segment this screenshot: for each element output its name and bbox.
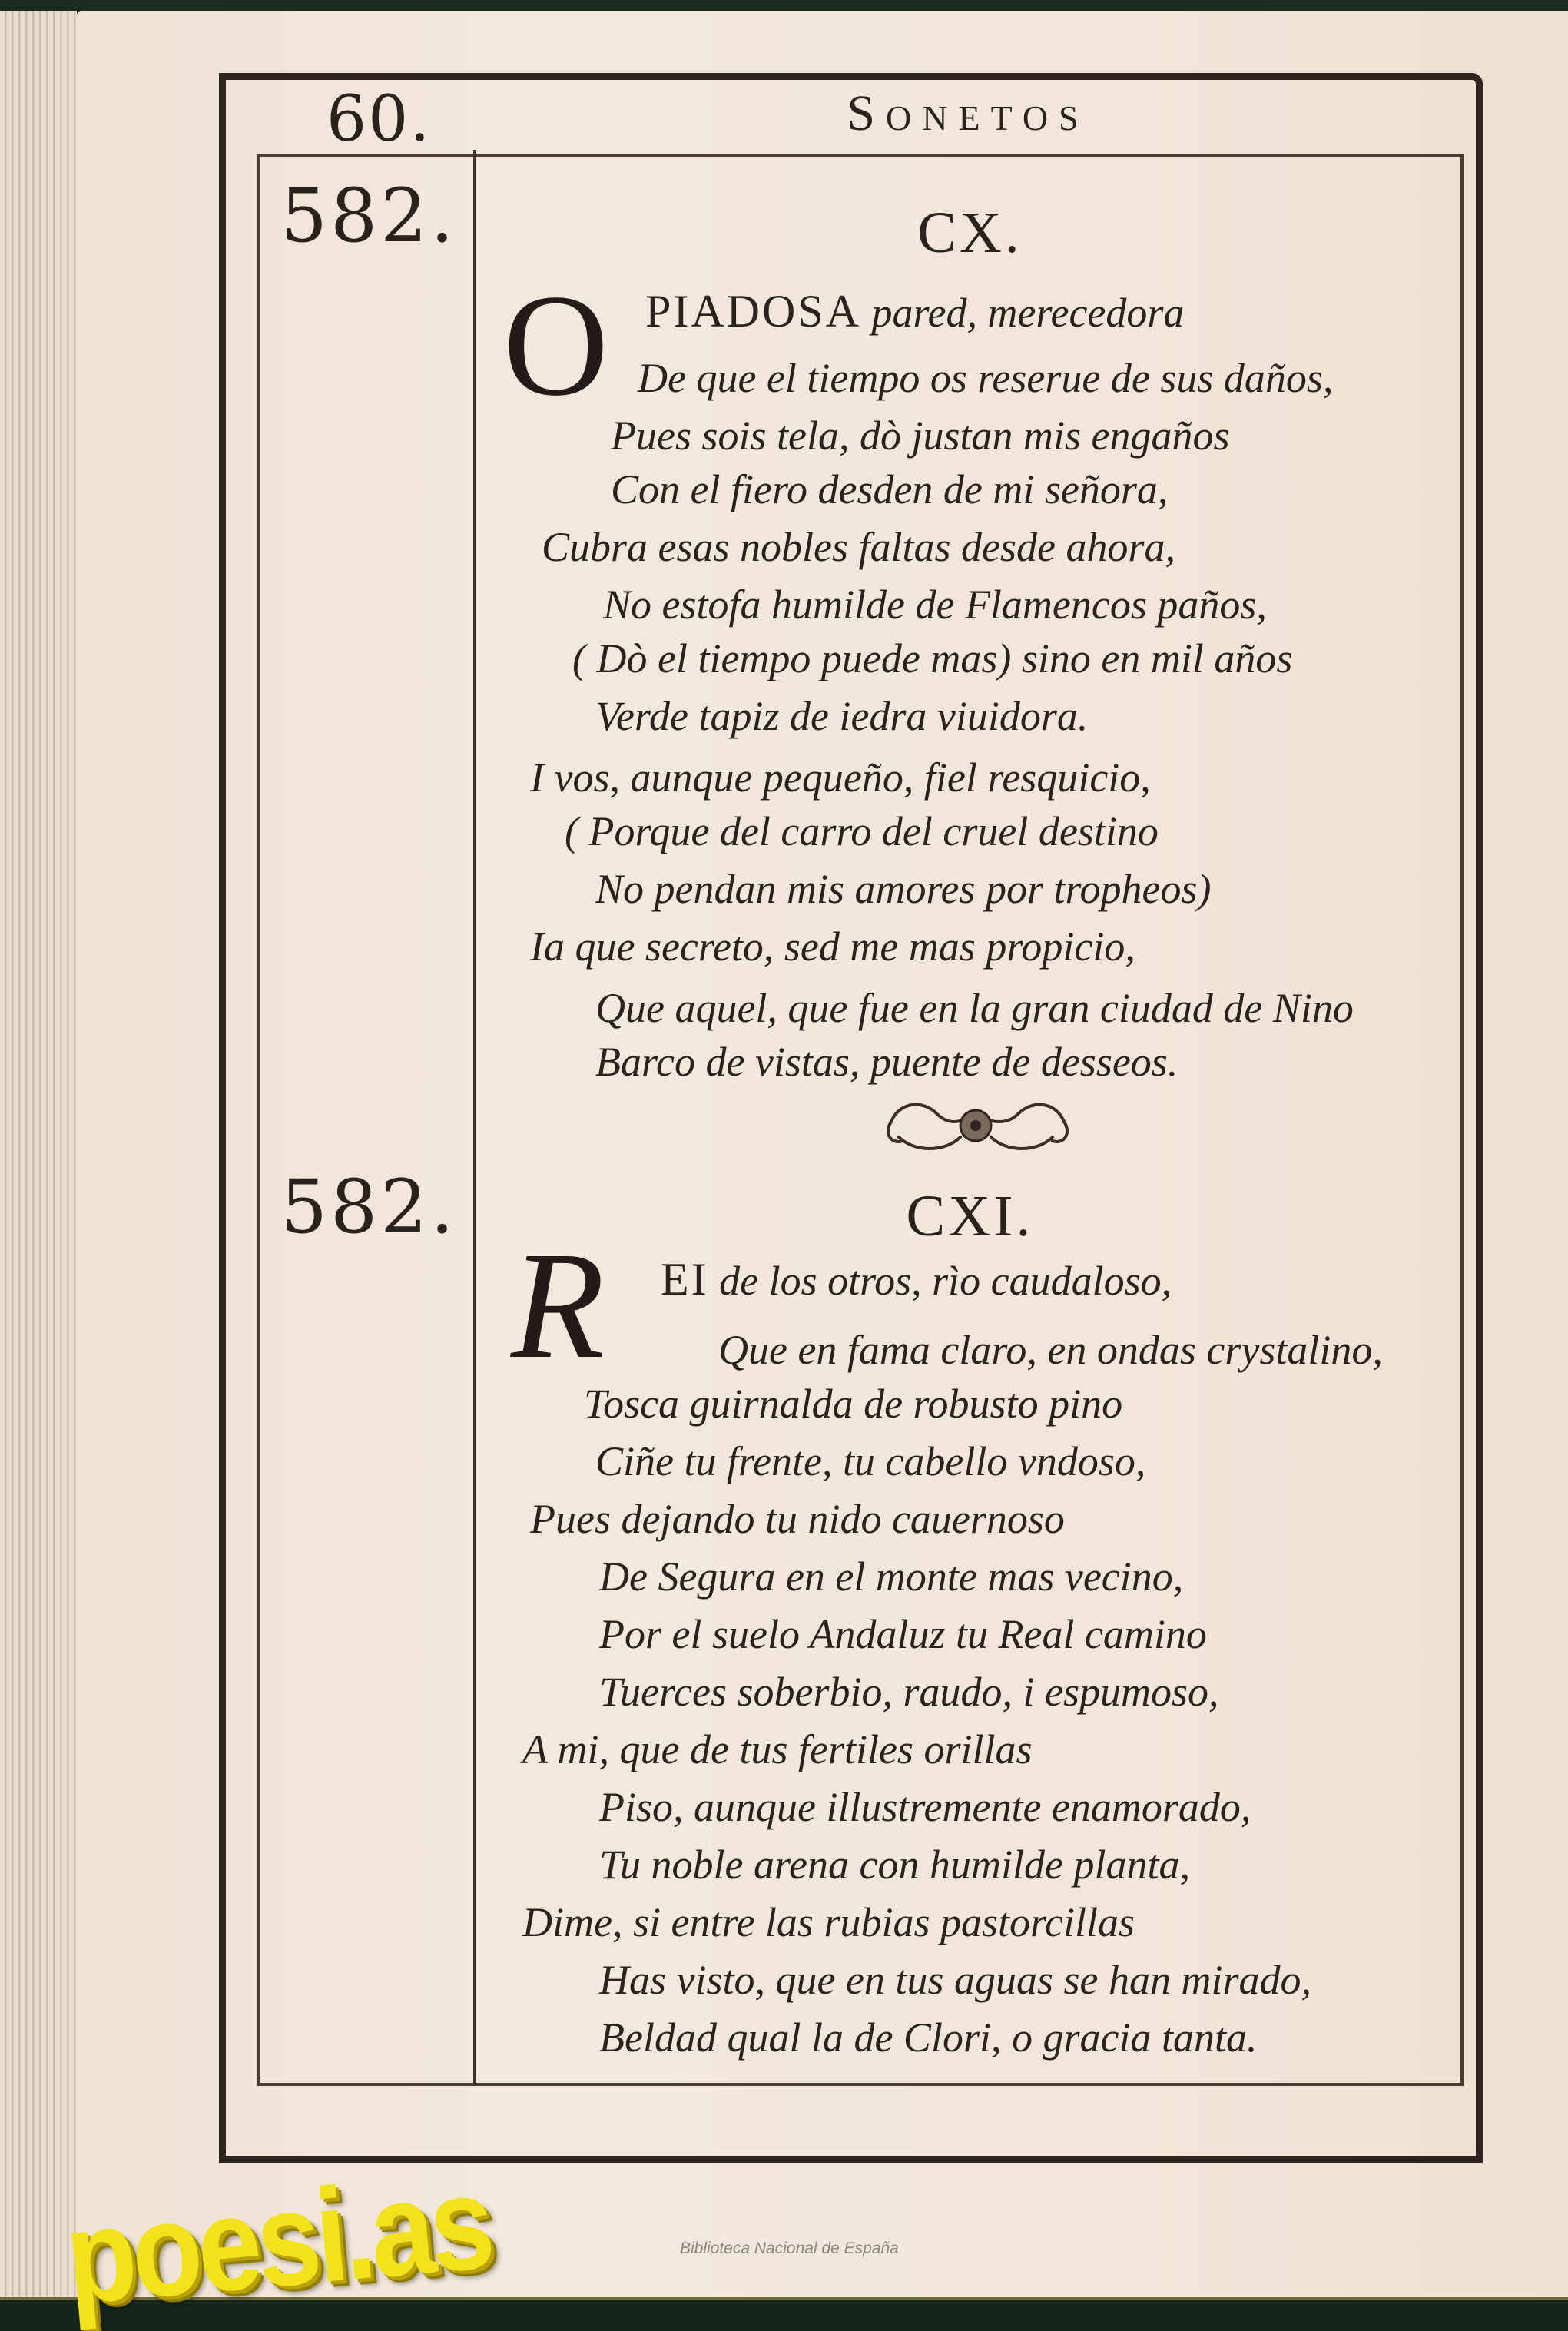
page-edges [0,11,77,2308]
poesias-logo: poesi.as [61,2155,495,2324]
verse-line: Tuerces soberbio, raudo, i espumoso, [599,1671,1219,1713]
verse-line: Ciñe tu frente, tu cabello vndoso, [595,1441,1145,1482]
library-credit: Biblioteca Nacional de España [680,2240,899,2258]
verse-line-1: PIADOSA pared, merecedora [645,288,1184,334]
verse-line: Que aquel, que fue en la gran ciudad de … [595,987,1354,1029]
verse-line: A mi, que de tus fertiles orillas [522,1729,1032,1770]
running-title: Sonetos [768,85,1168,143]
verse-line: Tu noble arena con humilde planta, [599,1844,1190,1885]
margin-reference-number: 582. [280,1164,457,1250]
verse-line: Beldad qual la de Clori, o gracia tanta. [599,2017,1257,2058]
verse-line: Dime, si entre las rubias pastorcillas [522,1902,1135,1943]
verse-line: De Segura en el monte mas vecino, [599,1556,1183,1597]
page-number: 60. [327,83,431,156]
opening-small-caps: EI [661,1254,709,1305]
verse-line: ( Porque del carro del cruel destino [565,811,1159,852]
verse-line: No estofa humilde de Flamencos paños, [603,584,1267,625]
margin-reference-number: 582. [280,173,457,259]
drop-cap: O [503,273,608,419]
drop-cap: R [511,1229,605,1383]
verse-line: Que en fama claro, en ondas crystalino, [718,1329,1383,1371]
verse-line: De que el tiempo os reserue de sus daños… [638,357,1333,399]
verse-line: Por el suelo Andaluz tu Real camino [599,1613,1207,1655]
verse-line: Has visto, que en tus aguas se han mirad… [599,1959,1311,2001]
verse-line: ( Dò el tiempo puede mas) sino en mil añ… [572,638,1292,679]
verse-line: No pendan mis amores por tropheos) [595,868,1211,910]
margin-divider-rule [473,150,476,2086]
verse-line: Verde tapiz de iedra viuidora. [595,695,1088,737]
verse-line: Barco de vistas, puente de desseos. [595,1041,1178,1083]
sonnet-number: CX. [476,200,1464,267]
verse-line: Con el fiero desden de mi señora, [611,469,1168,510]
verse-line: Tosca guirnalda de robusto pino [584,1383,1122,1424]
verse-line: Piso, aunque illustremente enamorado, [599,1786,1251,1828]
floral-vignette-icon [876,1091,1076,1160]
opening-small-caps: PIADOSA [645,286,861,337]
verse-line: Pues dejando tu nido cauernoso [530,1498,1065,1540]
verse-line: Pues sois tela, dò justan mis engaños [611,415,1230,456]
verse-line: I vos, aunque pequeño, fiel resquicio, [530,757,1151,798]
verse-line-1: EI de los otros, rìo caudaloso, [661,1256,1172,1302]
verse-line: Ia que secreto, sed me mas propicio, [530,926,1135,967]
sonnet-number: CXI. [476,1183,1464,1250]
verse-line: Cubra esas nobles faltas desde ahora, [542,526,1175,568]
